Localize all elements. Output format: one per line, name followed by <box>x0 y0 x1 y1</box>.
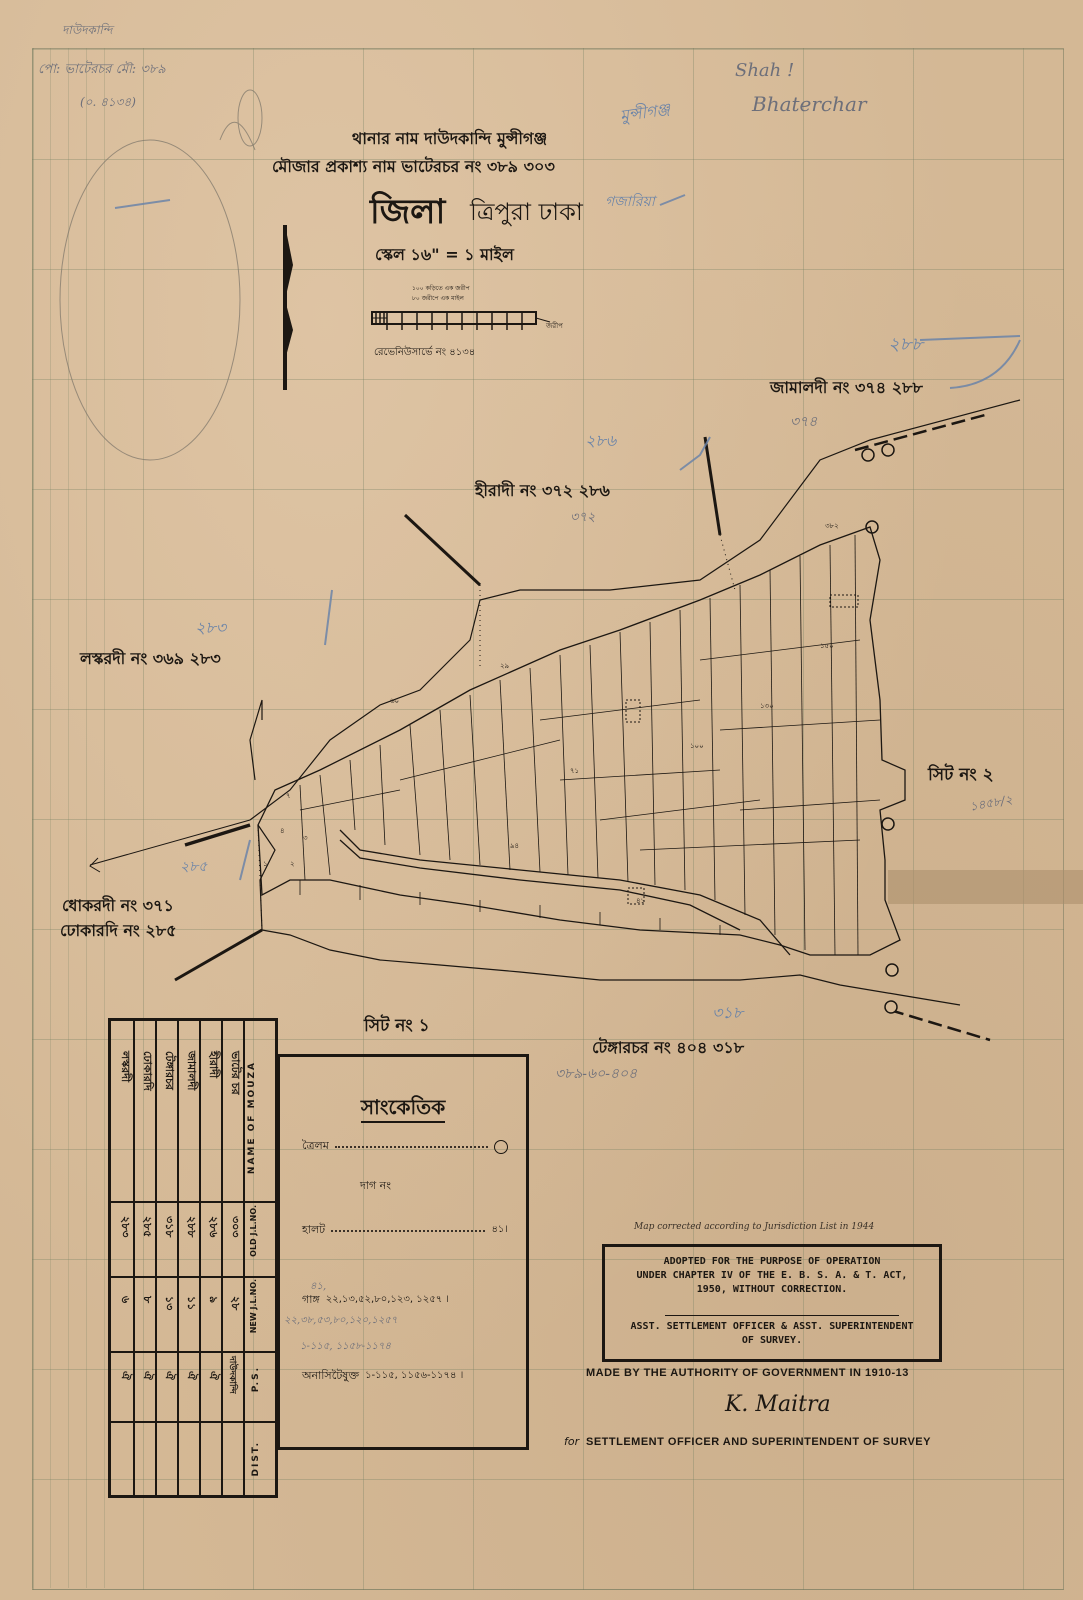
sheet-1-label: সিট নং ১ <box>364 1013 430 1041</box>
boundary-label-dhokardi: ধোকরদী নং ৩৭১ <box>62 893 174 920</box>
pencil-jamaldi-old: ৩৭৪ <box>790 410 817 434</box>
plot-number: ৯৪ <box>510 840 519 852</box>
scale-bar <box>372 312 550 330</box>
police-station: ঐ <box>137 1371 156 1380</box>
mouza-name: জামালদী <box>181 1051 200 1090</box>
header-ps: P.S. <box>251 1366 261 1392</box>
legend-row-unsettled: অনাসিটৈষুক্ত১-১১৫, ১১৫৬-১১৭৪ । <box>302 1367 508 1386</box>
old-jl-no: ২৮৫ <box>137 1216 156 1237</box>
pencil-jamaldi: ২৮৮ <box>888 330 923 361</box>
legend-title: সাংকেতিক <box>280 1093 526 1126</box>
new-jl-no: ২৮ <box>225 1296 244 1310</box>
pencil-tengarchar: ৩১৮ <box>712 1000 743 1027</box>
new-jl-no: ১১ <box>181 1296 200 1310</box>
police-station: দাউদকান্দি <box>225 1356 240 1394</box>
stamp-signature <box>665 1297 899 1316</box>
pencil-dhokardi: ২৮৫ <box>180 855 207 879</box>
legend-row-halot: হালট৪১। <box>302 1221 508 1240</box>
officer-title: SETTLEMENT OFFICER AND SUPERINTENDENT OF… <box>586 1436 931 1448</box>
police-station: ঐ <box>203 1371 222 1380</box>
boundary-label-tengarchar: টেঙ্গারচর নং ৪০৪ ৩১৮ <box>592 1035 744 1062</box>
pencil-hiradi: ২৮৬ <box>585 428 616 455</box>
plot-number: ৩ <box>303 832 308 844</box>
plot-number: ৭ <box>286 790 291 802</box>
mouza-name: টেঙ্গারচর <box>159 1051 178 1090</box>
police-station: ঐ <box>159 1371 178 1380</box>
header-new-jl: NEW J.L.NO. <box>249 1279 258 1333</box>
mouza-name: হীরাদী <box>203 1051 222 1078</box>
plot-number: ২৯ <box>500 660 509 672</box>
legend-row-dag: দাগ নং <box>360 1177 508 1196</box>
stamp-line-1: ADOPTED FOR THE PURPOSE OF OPERATION <box>605 1255 939 1269</box>
pencil-laskardi: ২৮৩ <box>195 615 226 642</box>
boundary-label-laskardi: লস্করদী নং ৩৬৯ ২৮৩ <box>80 646 221 673</box>
legend-row-trijunction: ত্রৈলম <box>302 1137 508 1156</box>
plot-number: ৩৮২ <box>825 520 839 532</box>
new-jl-no: ৬ <box>115 1296 134 1303</box>
plot-number: ৪১ <box>636 895 645 907</box>
plot-number: ৪ <box>280 825 285 837</box>
plot-number: ১০০ <box>690 740 704 752</box>
plot-number: ৭১ <box>570 765 579 777</box>
stamp-line-2: UNDER CHAPTER IV OF THE E. B. S. A. & T.… <box>605 1269 939 1283</box>
new-jl-no: ১৩ <box>159 1296 178 1310</box>
mouza-name: ভাটের চর <box>225 1051 244 1095</box>
officer-prefix: for <box>564 1435 579 1448</box>
mouza-name: ঢোকারদি <box>137 1051 156 1091</box>
header-old-jl: OLD J.L.NO. <box>249 1205 258 1257</box>
old-jl-no: ৩০৩ <box>225 1216 244 1237</box>
north-arrow-icon <box>285 225 293 390</box>
legend-box: সাংকেতিক ত্রৈলম দাগ নং হালট৪১। গাঙ্গ২২,১… <box>277 1054 529 1450</box>
legend-pencil-2: ২২,৩৮,৫৩,৮০,১২০,১২৫৭ <box>284 1313 397 1330</box>
plot-number: ২ <box>290 858 295 870</box>
stamp-line-3: 1950, WITHOUT CORRECTION. <box>605 1283 939 1297</box>
old-jl-no: ২৮৮ <box>181 1216 200 1237</box>
plot-number: ১৫০ <box>820 640 834 652</box>
header-dist: DIST. <box>251 1441 261 1477</box>
legend-row-river: গাঙ্গ২২,১৩,৫২,৮০,১২৩, ১২৫৭ । <box>302 1291 508 1310</box>
police-station: ঐ <box>115 1371 134 1380</box>
old-jl-no: ২৮৩ <box>115 1216 134 1237</box>
legend-pencil-1: ৪১, <box>310 1279 326 1296</box>
boundary-label-jamaldi: জামালদী নং ৩৭৪ ২৮৮ <box>770 375 923 402</box>
new-jl-no: ৮ <box>137 1296 156 1303</box>
stamp-officer-2: OF SURVEY. <box>605 1334 939 1348</box>
adoption-stamp: ADOPTED FOR THE PURPOSE OF OPERATION UND… <box>602 1244 942 1362</box>
mouza-outline <box>258 527 905 955</box>
authority-line: MADE BY THE AUTHORITY OF GOVERNMENT IN 1… <box>586 1367 909 1379</box>
legend-pencil-3: ১-১১৫, ১১৫৮-১১৭৪ <box>300 1339 391 1356</box>
pencil-tengarchar-note: ৩৮৯-৬০-৪০৪ <box>555 1062 637 1086</box>
old-jl-no: ২৮৬ <box>203 1216 222 1237</box>
boundary-label-sheet-2: সিট নং ২ <box>928 762 994 790</box>
police-station: ঐ <box>181 1371 200 1380</box>
plot-number: ১ <box>263 858 268 870</box>
new-jl-no: ৯ <box>203 1296 222 1303</box>
mouza-table: লস্করদী ঢোকারদি টেঙ্গারচর জামালদী হীরাদী… <box>108 1018 278 1498</box>
boundary-label-dhokardi-new: ঢোকারদি নং ২৮৫ <box>60 918 177 945</box>
correction-note: Map corrected according to Jurisdiction … <box>634 1222 874 1232</box>
mouza-name: লস্করদী <box>115 1051 134 1082</box>
stamp-officer-1: ASST. SETTLEMENT OFFICER & ASST. SUPERIN… <box>605 1320 939 1334</box>
plot-number: ৬০ <box>390 695 399 707</box>
pencil-hiradi-old: ৩৭২ <box>570 508 595 529</box>
old-jl-no: ৩১৮ <box>159 1216 178 1237</box>
header-name-of-mouza: NAME OF MOUZA <box>247 1061 257 1174</box>
boundary-label-hiradi: হীরাদী নং ৩৭২ ২৮৬ <box>475 478 610 505</box>
plot-number: ১৩০ <box>760 700 774 712</box>
officer-signature: K. Maitra <box>725 1392 831 1417</box>
trijunction-circle-icon <box>494 1140 508 1154</box>
